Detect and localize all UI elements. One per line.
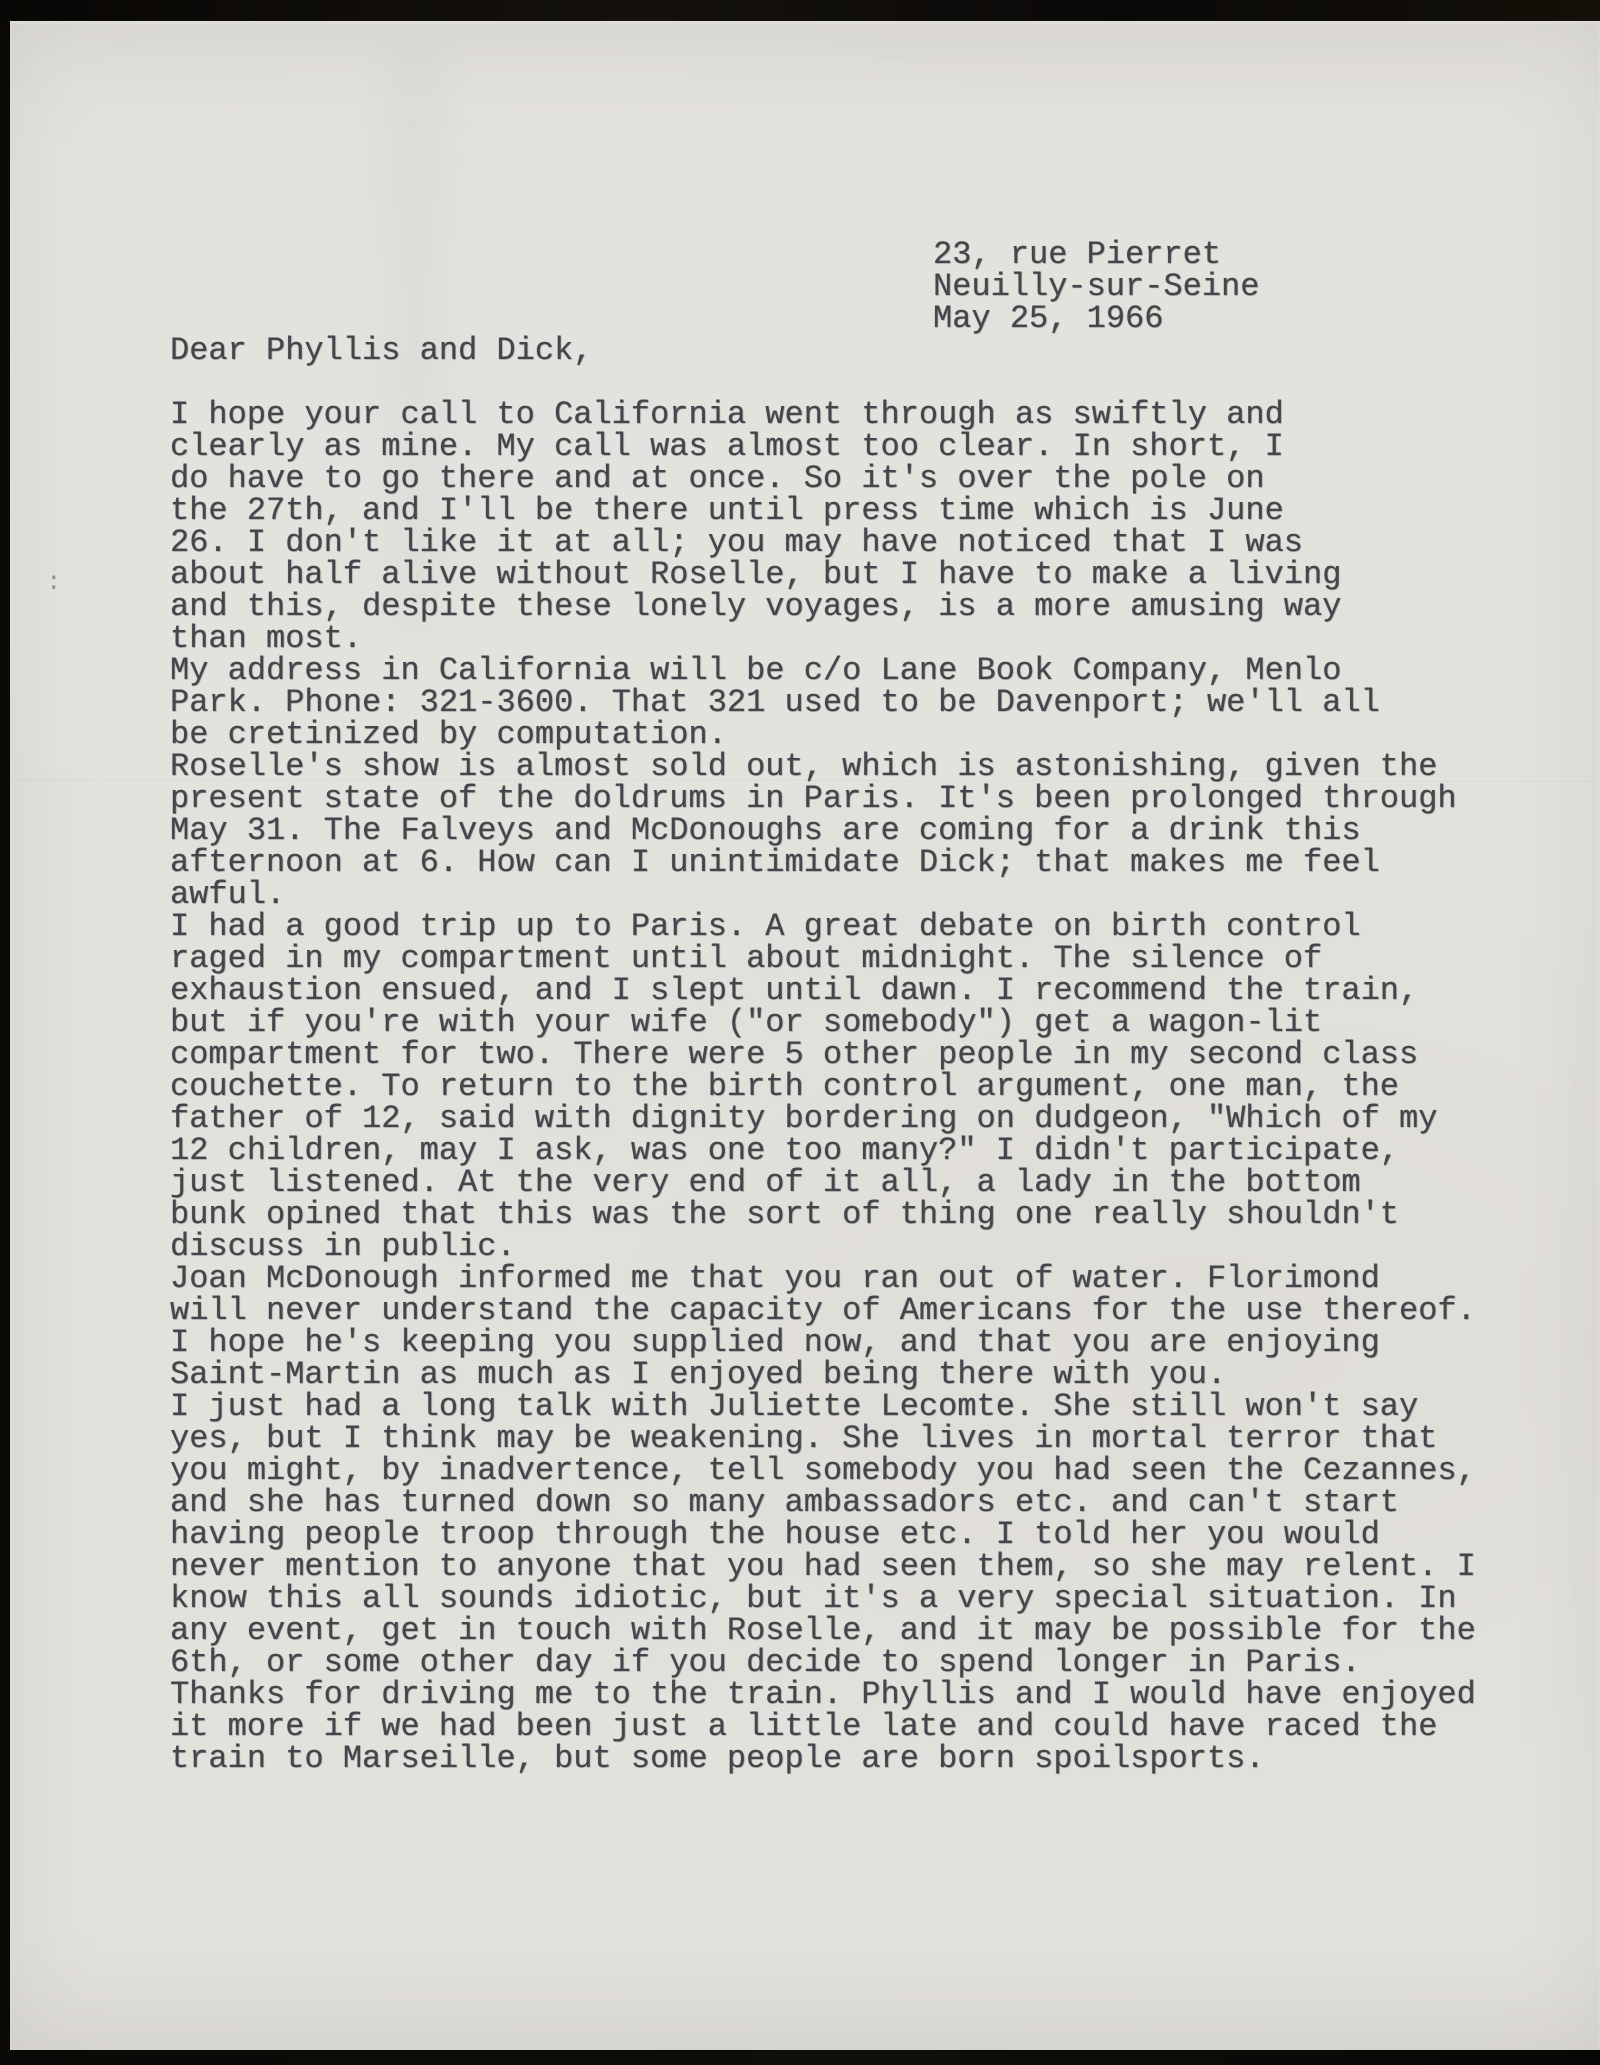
letter-paper: : 23, rue Pierret Neuilly-sur-Seine May … — [10, 21, 1600, 2050]
typed-letter-content: 23, rue Pierret Neuilly-sur-Seine May 25… — [170, 239, 1560, 1775]
letter-paragraph: I had a good trip up to Paris. A great d… — [170, 911, 1560, 1263]
return-address: 23, rue Pierret Neuilly-sur-Seine — [933, 239, 1560, 303]
letter-paragraph: Joan McDonough informed me that you ran … — [170, 1263, 1560, 1391]
letter-paragraph: My address in California will be c/o Lan… — [170, 655, 1560, 751]
letter-paragraph: I just had a long talk with Juliette Lec… — [170, 1391, 1560, 1679]
letter-paragraph: Roselle's show is almost sold out, which… — [170, 751, 1560, 911]
stray-ink-mark: : — [46, 567, 51, 581]
letter-paragraph: Thanks for driving me to the train. Phyl… — [170, 1679, 1560, 1775]
salutation: Dear Phyllis and Dick, — [170, 335, 1560, 367]
letter-paragraph: I hope your call to California went thro… — [170, 399, 1560, 655]
letter-date: May 25, 1966 — [933, 303, 1560, 335]
scanner-edge-bottom — [0, 2048, 1600, 2065]
letter-body: I hope your call to California went thro… — [170, 399, 1560, 1775]
scanned-letter-page: : 23, rue Pierret Neuilly-sur-Seine May … — [0, 0, 1600, 2065]
scanner-edge-top — [0, 0, 1600, 21]
